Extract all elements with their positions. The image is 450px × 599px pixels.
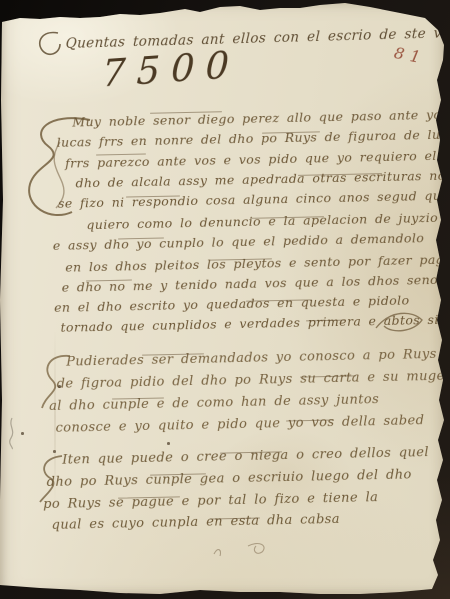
handwritten-line: po Ruys se pague e por tal lo fizo e tie… bbox=[43, 490, 378, 512]
ink-speck bbox=[58, 385, 61, 388]
handwritten-line: se fizo ni respondio cosa alguna cinco a… bbox=[58, 188, 449, 211]
handwritten-line: e dho no me y tenido nada vos que a los … bbox=[62, 271, 450, 294]
handwritten-line: de figroa pidio del dho po Ruys su carta… bbox=[57, 369, 450, 392]
paper-crease bbox=[54, 330, 56, 505]
handwritten-line: al dho cunple e de como han de assy junt… bbox=[49, 392, 379, 414]
handwritten-line: frrs parezco ante vos e vos pido que yo … bbox=[65, 148, 437, 171]
manuscript-page: Quentas tomadas ant ellos con el escrio … bbox=[0, 0, 450, 599]
handwritten-line: quiero como lo denuncio e la apelacion d… bbox=[86, 210, 438, 232]
handwritten-line: Iten que puede o cree o niega o creo del… bbox=[62, 445, 429, 468]
ink-speck bbox=[21, 432, 24, 435]
handwritten-line: e assy dho yo cunplo lo que el pedido a … bbox=[53, 230, 425, 253]
handwritten-line: en el dho escrito yo quedados en questa … bbox=[54, 292, 410, 314]
photograph-dark-background: Quentas tomadas ant ellos con el escrio … bbox=[0, 0, 450, 599]
handwritten-line: Pudierades ser demandados yo conosco a p… bbox=[66, 347, 437, 370]
header-line: Quentas tomadas ant ellos con el escrio … bbox=[65, 25, 450, 52]
bottom-pen-marks bbox=[208, 538, 286, 560]
margin-pen-mark bbox=[4, 416, 22, 450]
handwritten-line: en los dhos pleitos los pleytos e sento … bbox=[65, 252, 450, 275]
handwritten-line: lucas frrs en nonre del dho po Ruys de f… bbox=[57, 126, 450, 149]
handwritten-line: dho po Ruys cunple gea o escriuio luego … bbox=[47, 467, 412, 490]
handwritten-line: qual es cuyo cunpla en esta dha cabsa bbox=[51, 512, 340, 533]
ink-speck bbox=[167, 442, 170, 445]
paragraph-1-end-paraph bbox=[372, 306, 428, 336]
paragraph-3: Iten que puede o cree o niega o creo del… bbox=[0, 441, 450, 450]
handwritten-line: dho de alcala assy me apedrada otras esc… bbox=[75, 168, 445, 191]
paragraph-1: Muy noble senor diego perez allo que pas… bbox=[0, 101, 450, 110]
archival-number: 7500 bbox=[101, 43, 240, 96]
header-initial-flourish bbox=[34, 28, 64, 58]
folio-number: 81 bbox=[392, 43, 427, 68]
handwritten-line: conosce e yo quito e pido que yo vos del… bbox=[55, 413, 424, 436]
handwritten-line: Muy noble senor diego perez allo que pas… bbox=[72, 106, 450, 130]
